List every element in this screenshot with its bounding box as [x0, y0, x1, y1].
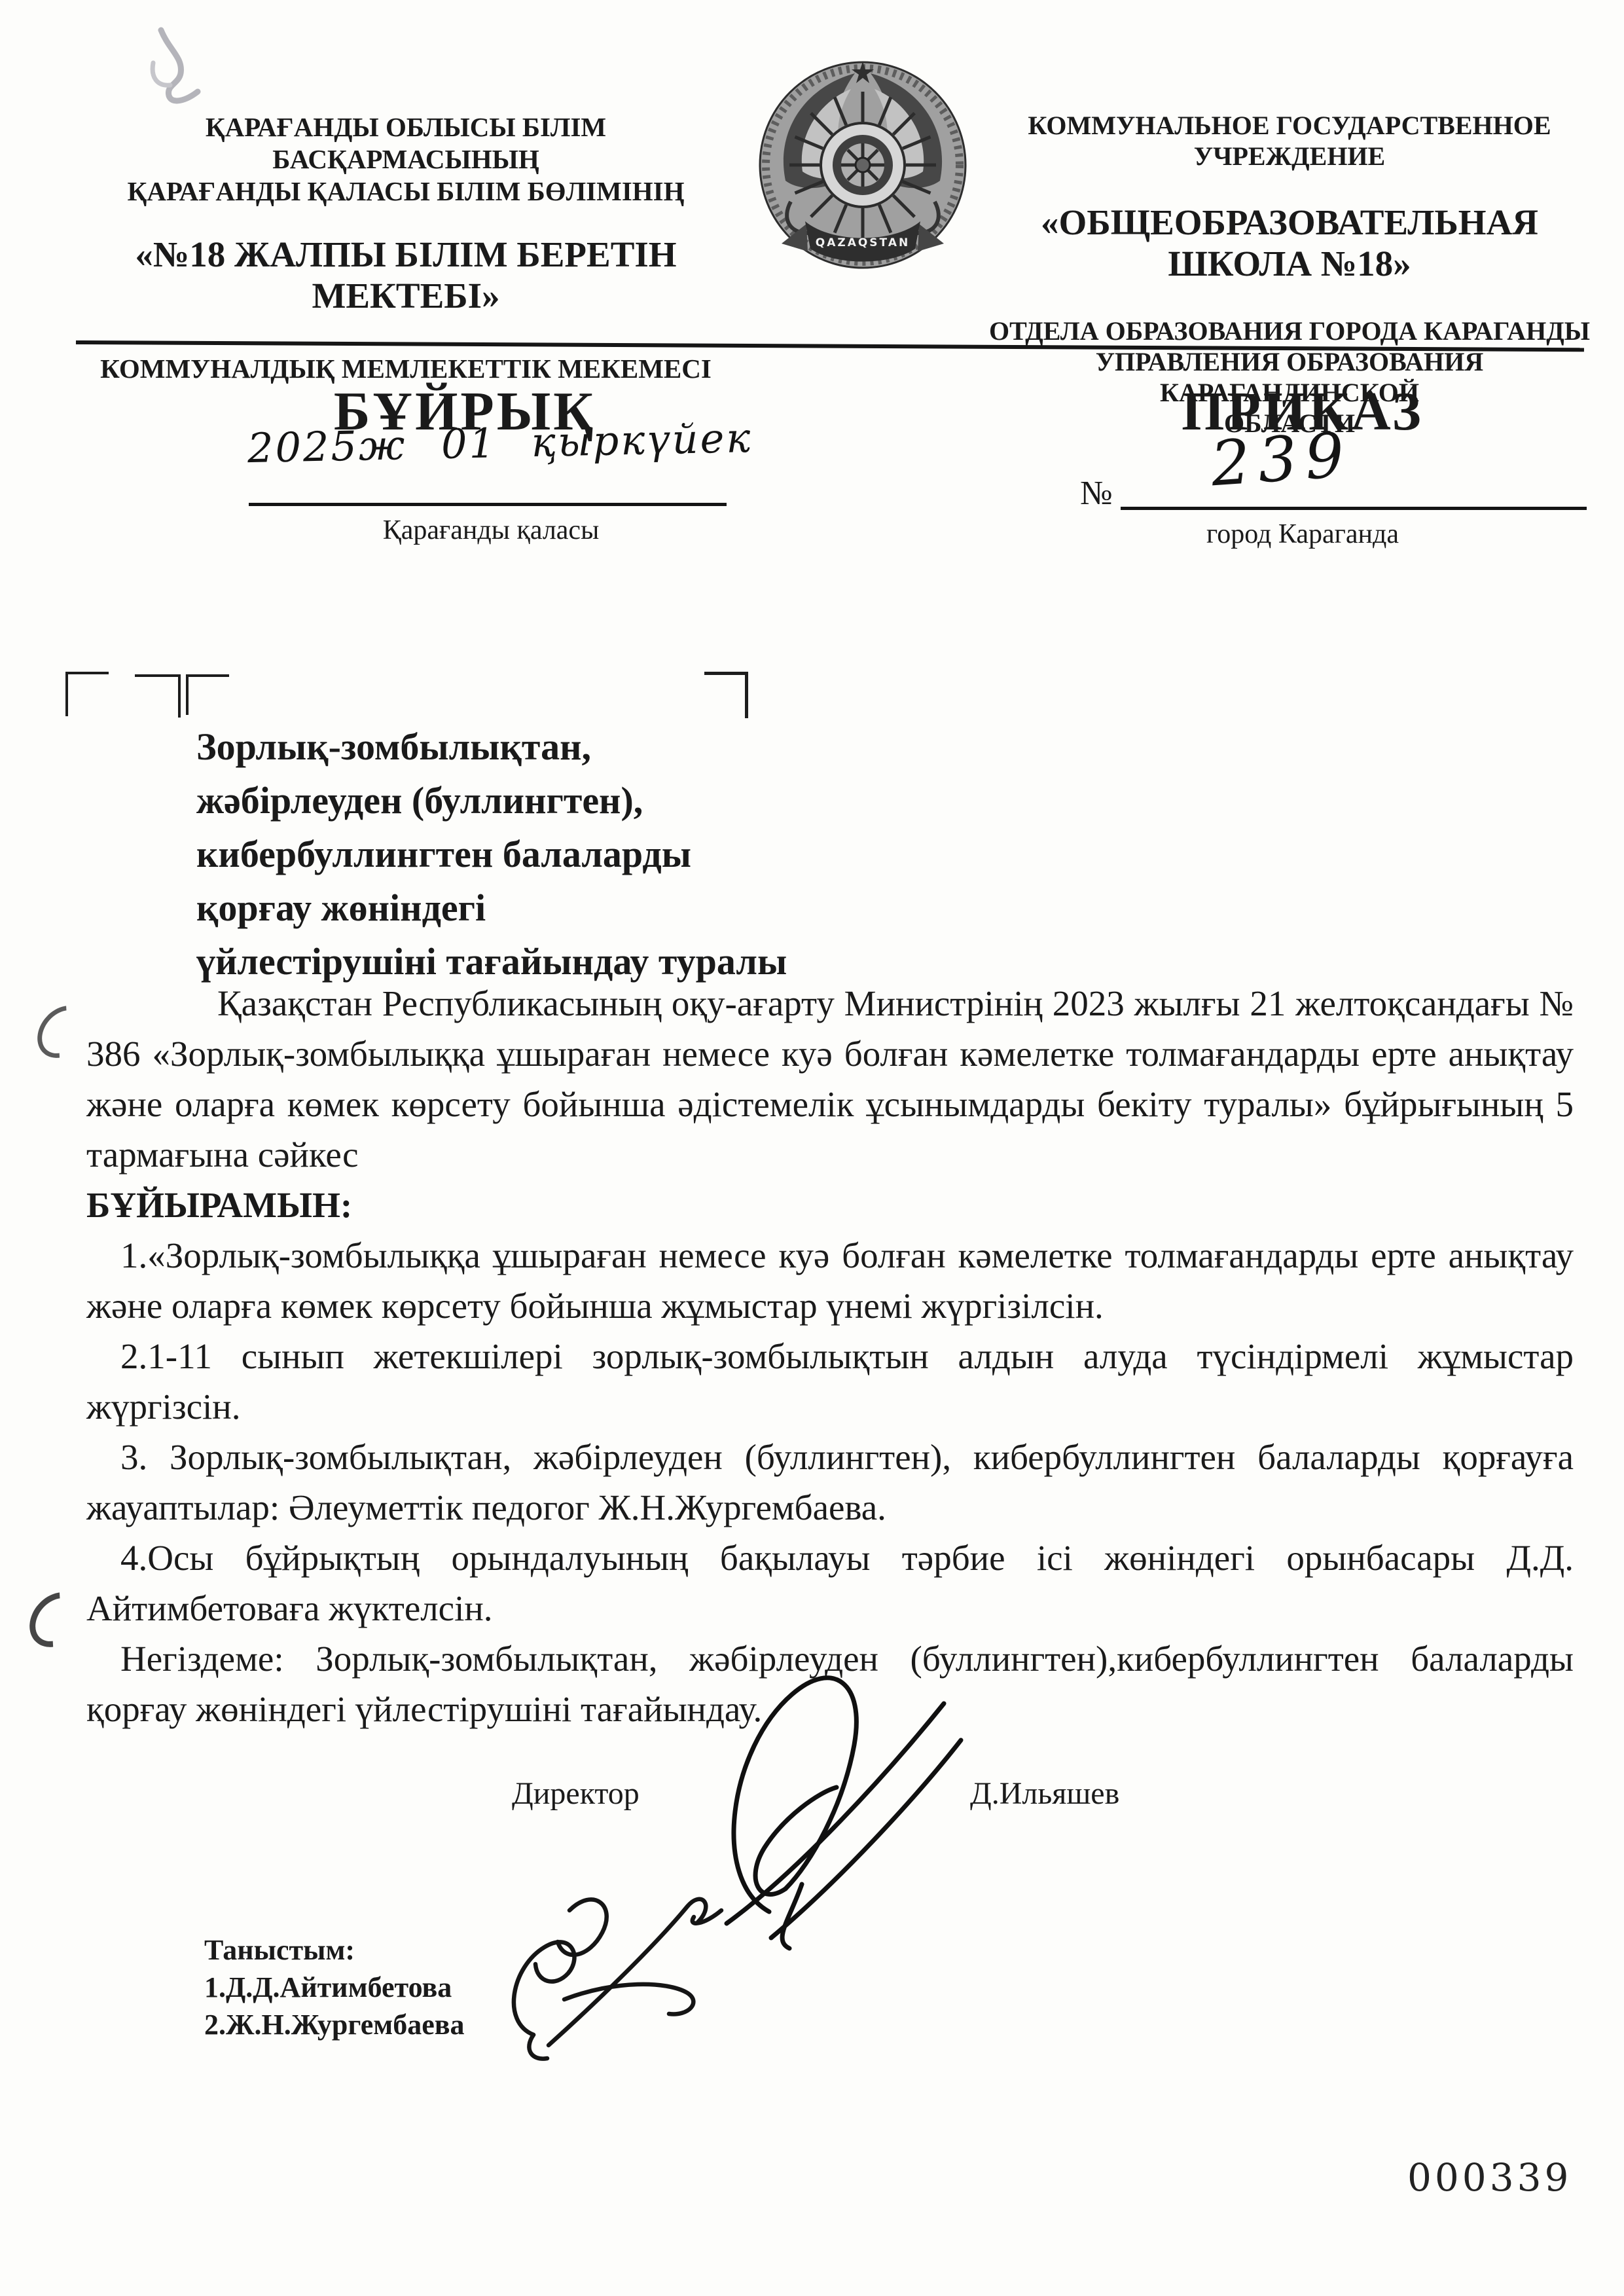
school-name-ru: ШКОЛА №18»	[985, 243, 1594, 284]
acknowledgement-person: 2.Ж.Н.Жургембаева	[204, 2006, 465, 2043]
pen-scribble-artifact	[143, 26, 215, 111]
order-item-1: 1.«Зорлық-зомбылыққа ұшыраған немесе куә…	[86, 1230, 1574, 1331]
kazakhstan-coat-of-arms-emblem: QAZAQSTAN	[751, 52, 974, 275]
date-underline	[249, 503, 727, 506]
subject-line: Зорлық-зомбылықтан,	[196, 720, 1047, 774]
subject-line: кибербуллингтен балаларды	[196, 828, 1047, 881]
subject-line: жәбірлеуден (буллингтен),	[196, 774, 1047, 828]
acknowledgement-signatures	[471, 1865, 753, 2071]
place-ru: город Караганда	[1113, 519, 1492, 550]
order-item-3: 3. Зорлық-зомбылықтан, жәбірлеуден (булл…	[86, 1432, 1574, 1533]
handwritten-order-number: 239	[1208, 420, 1354, 501]
order-item-4: 4.Осы бұйрықтың орындалуының бақылауы тә…	[86, 1533, 1574, 1633]
school-name-kk: МЕКТЕБІ»	[92, 275, 720, 316]
letterhead-dept-line: ҚАРАҒАНДЫ ҚАЛАСЫ БІЛІМ БӨЛІМІНІҢ	[92, 175, 720, 208]
order-body: Қазақстан Республикасының оқу-ағарту Мин…	[86, 978, 1574, 1734]
decree-word: БҰЙЫРАМЫН:	[86, 1180, 1574, 1230]
intro-paragraph: Қазақстан Республикасының оқу-ағарту Мин…	[86, 978, 1574, 1180]
letterhead-dept-line: ҚАРАҒАНДЫ ОБЛЫСЫ БІЛІМ БАСҚАРМАСЫНЫҢ	[92, 111, 720, 175]
page-number-stamp: 000339	[1407, 2155, 1572, 2200]
crop-mark	[704, 672, 748, 718]
school-name-kk: «№18 ЖАЛПЫ БІЛІМ БЕРЕТІН	[92, 234, 720, 275]
director-name: Д.Ильяшев	[970, 1776, 1119, 1812]
acknowledgement-label: Таныстым:	[204, 1931, 465, 1969]
subject-line: қорғау жөніндегі	[196, 881, 1047, 935]
crop-mark	[65, 672, 109, 716]
school-name-ru: «ОБЩЕОБРАЗОВАТЕЛЬНАЯ	[985, 202, 1594, 243]
emblem-banner-text: QAZAQSTAN	[816, 236, 910, 249]
scan-artifact-mark	[18, 1582, 94, 1658]
number-underline	[1121, 507, 1587, 510]
scanned-order-document: ҚАРАҒАНДЫ ОБЛЫСЫ БІЛІМ БАСҚАРМАСЫНЫҢ ҚАР…	[0, 0, 1624, 2296]
director-label: Директор	[512, 1776, 640, 1812]
order-item-2: 2.1-11 сынып жетекшілері зорлық-зомбылық…	[86, 1331, 1574, 1432]
place-kk: Қарағанды қаласы	[281, 515, 700, 546]
order-subject: Зорлық-зомбылықтан, жәбірлеуден (буллинг…	[196, 720, 1047, 989]
crop-mark	[186, 674, 229, 715]
crop-mark	[135, 674, 181, 718]
acknowledgement-person: 1.Д.Д.Айтимбетова	[204, 1969, 465, 2006]
letterhead-dept-line: ОТДЕЛА ОБРАЗОВАНИЯ ГОРОДА КАРАГАНДЫ	[985, 316, 1594, 346]
acknowledgement-block: Таныстым: 1.Д.Д.Айтимбетова 2.Ж.Н.Жургем…	[204, 1931, 465, 2043]
org-type-ru: КОММУНАЛЬНОЕ ГОСУДАРСТВЕННОЕ УЧРЕЖДЕНИЕ	[985, 110, 1594, 172]
number-sign-label: №	[1080, 474, 1113, 513]
handwritten-date: 2025ж 01 қыркүйек	[247, 414, 758, 472]
